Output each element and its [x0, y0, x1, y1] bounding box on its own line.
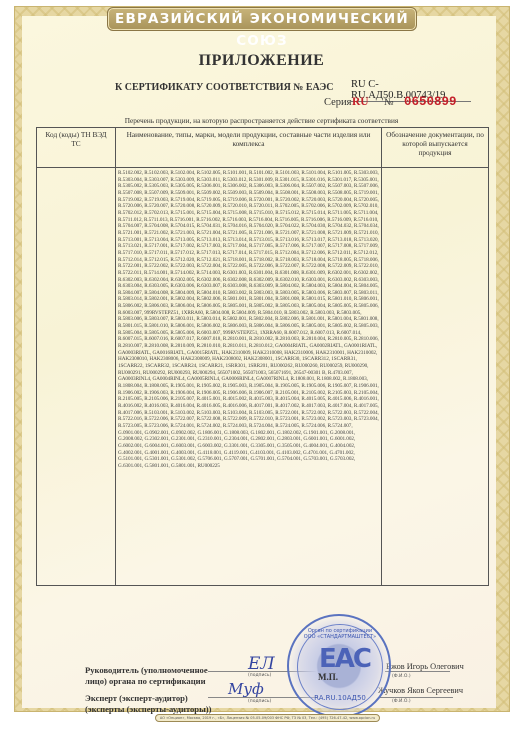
header-code: Код (коды) ТН ВЭД ТС	[37, 128, 116, 168]
document-title: ПРИЛОЖЕНИЕ	[0, 52, 523, 70]
head-name-line	[385, 671, 450, 672]
certification-stamp: Орган по сертификации ООО «СТАНДАРТМАШТЕ…	[287, 614, 391, 718]
stamp-top-text: Орган по сертификации ООО «СТАНДАРТМАШТЕ…	[303, 628, 377, 640]
expert-name-line	[378, 697, 453, 698]
head-signature: ЕЛ	[248, 654, 275, 674]
eac-mark-icon: EAC	[319, 644, 370, 674]
header-documentation: Обозначение документации, по которой вып…	[382, 128, 489, 168]
printer-footer: АО «Опцион», Москва, 2019 г., «Б», Лицен…	[155, 714, 380, 722]
products-caption: Перечень продукции, на которую распростр…	[0, 116, 523, 125]
certificate-subtitle: К СЕРТИФИКАТУ СООТВЕТСТВИЯ № ЕАЭС	[115, 82, 334, 93]
expert-name-caption: (Ф.И.О.)	[392, 699, 411, 704]
series-value: RU	[352, 96, 369, 108]
series-label: Серия	[324, 97, 352, 108]
head-label: Руководитель (уполномоченное лицо) орган…	[85, 665, 208, 687]
code-cell	[37, 168, 116, 586]
stamp-bottom-text: RA.RU.10АД50	[303, 694, 377, 702]
expert-name: Жучков Яков Сергеевич	[378, 686, 463, 695]
head-name: Ежов Игорь Олегович	[386, 662, 464, 671]
union-banner: ЕВРАЗИЙСКИЙ ЭКОНОМИЧЕСКИЙ СОЮЗ	[107, 7, 417, 31]
documentation-cell	[382, 168, 489, 586]
number-label: №	[384, 97, 394, 108]
expert-sign-caption: (подпись)	[248, 699, 271, 704]
products-cell: R.5102.002, R.5102.003, R.5102.004, R.51…	[116, 168, 382, 586]
blank-number: 0650899	[404, 95, 457, 109]
table-row: R.5102.002, R.5102.003, R.5102.004, R.51…	[37, 168, 489, 586]
products-table: Код (коды) ТН ВЭД ТС Наименование, типы,…	[36, 127, 489, 586]
expert-label: Эксперт (эксперт-аудитор) (эксперты (экс…	[85, 693, 212, 715]
expert-signature: Муф	[228, 680, 264, 698]
header-products: Наименование, типы, марки, модели продук…	[116, 128, 382, 168]
stamp-label: М.П.	[318, 672, 338, 682]
head-name-caption: (Ф.И.О.)	[392, 674, 411, 679]
